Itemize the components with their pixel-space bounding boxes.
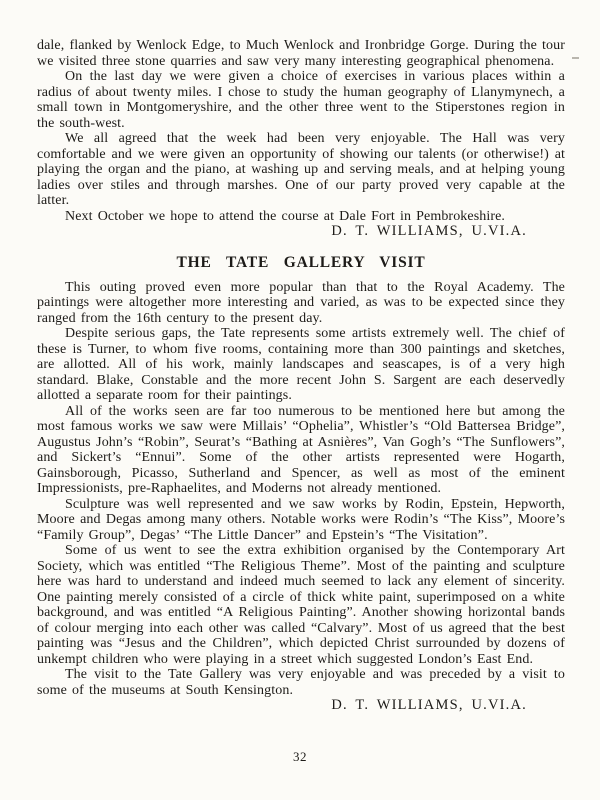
paragraph: The visit to the Tate Gallery was very e…	[37, 667, 565, 698]
author-signature: D. T. WILLIAMS, U.VI.A.	[37, 698, 565, 714]
paragraph: Next October we hope to attend the cours…	[37, 209, 565, 225]
article-tate-gallery-visit: This outing proved even more popular tha…	[37, 280, 565, 714]
paragraph: On the last day we were given a choice o…	[37, 69, 565, 131]
paragraph: All of the works seen are far too numero…	[37, 404, 565, 497]
paragraph: Sculpture was well represented and we sa…	[37, 497, 565, 544]
paragraph: Despite serious gaps, the Tate represent…	[37, 326, 565, 404]
article-field-course-report: dale, flanked by Wenlock Edge, to Much W…	[37, 38, 565, 240]
paragraph: dale, flanked by Wenlock Edge, to Much W…	[37, 38, 565, 69]
paragraph: This outing proved even more popular tha…	[37, 280, 565, 327]
page-text-block: dale, flanked by Wenlock Edge, to Much W…	[37, 38, 565, 714]
paragraph: Some of us went to see the extra exhibit…	[37, 543, 565, 667]
paragraph: We all agreed that the week had been ver…	[37, 131, 565, 209]
scan-artifact-dash	[572, 57, 579, 59]
author-signature: D. T. WILLIAMS, U.VI.A.	[37, 224, 565, 240]
scanned-document-page: dale, flanked by Wenlock Edge, to Much W…	[0, 0, 600, 800]
page-number: 32	[0, 749, 600, 765]
article-heading: THE TATE GALLERY VISIT	[37, 255, 565, 271]
